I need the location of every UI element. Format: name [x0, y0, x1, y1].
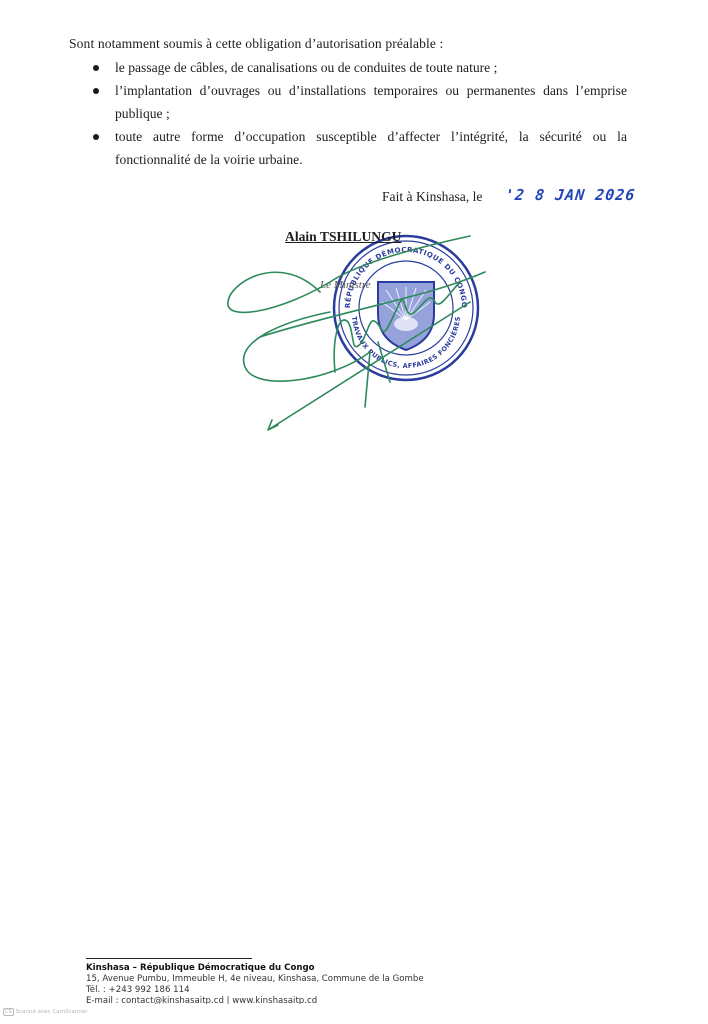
footer-email: E-mail : contact@kinshasaitp.cd | www.ki… — [86, 996, 424, 1004]
scanner-watermark: CS Scanné avec CamScanner — [3, 1008, 88, 1016]
signer-name: Alain TSHILUNGU — [285, 229, 401, 245]
signer-title: Le Ministre — [320, 279, 371, 291]
list-item: toute autre forme d’occupation susceptib… — [92, 125, 627, 171]
watermark-text: Scanné avec CamScanner — [16, 1009, 88, 1015]
list-item: l’implantation d’ouvrages ou d’installat… — [92, 79, 627, 125]
official-seal-icon: RÉPUBLIQUE DÉMOCRATIQUE DU CONGO TRAVAUX… — [330, 232, 482, 384]
requirements-list: le passage de câbles, de canalisations o… — [92, 56, 627, 171]
footer-address: 15, Avenue Pumbu, Immeuble H, 4e niveau,… — [86, 974, 424, 985]
footer-phone: Tél. : +243 992 186 114 — [86, 985, 424, 996]
date-stamp: '2 8 JAN 2026 — [504, 186, 636, 204]
camscanner-icon: CS — [3, 1008, 14, 1016]
list-item: le passage de câbles, de canalisations o… — [92, 56, 627, 79]
footer-org: Kinshasa – République Démocratique du Co… — [86, 963, 424, 974]
intro-paragraph: Sont notamment soumis à cette obligation… — [69, 36, 443, 52]
place-line: Fait à Kinshasa, le — [382, 189, 482, 205]
footer-divider — [86, 958, 252, 959]
footer: Kinshasa – République Démocratique du Co… — [86, 963, 424, 1004]
